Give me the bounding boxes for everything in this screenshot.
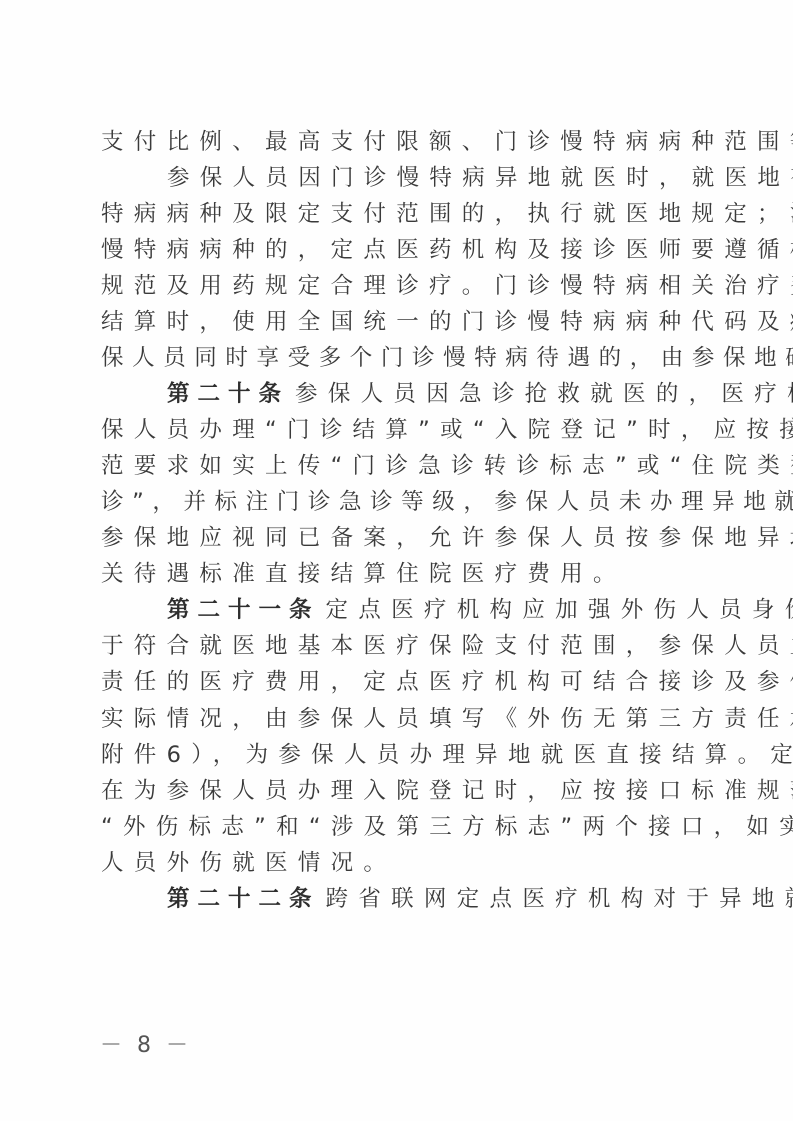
- line-text: “外伤标志”和“涉及第三方标志”两个接口，如实上传参保: [101, 814, 793, 840]
- text-line-article-21: 第二十一条定点医疗机构应加强外伤人员身份认证，对: [101, 592, 693, 628]
- article-number: 第二十条: [167, 381, 289, 407]
- line-text: 定点医疗机构应加强外伤人员身份认证，对: [326, 597, 793, 623]
- text-line: 规范及用药规定合理诊疗。门诊慢特病相关治疗费用跨省直接: [101, 268, 693, 304]
- text-line-article-22: 第二十二条跨省联网定点医疗机构对于异地就医患者住: [101, 881, 693, 917]
- text-line: 诊”，并标注门诊急诊等级，参保人员未办理异地就医备案的，: [101, 484, 693, 520]
- line-text: 结算时，使用全国统一的门诊慢特病病种代码及病种名称。参: [101, 309, 793, 335]
- document-page: 支付比例、最高支付限额、门诊慢特病病种范围等有关政策。 参保人员因门诊慢特病异地…: [0, 0, 793, 1121]
- text-line: “外伤标志”和“涉及第三方标志”两个接口，如实上传参保: [101, 809, 693, 845]
- text-line: 支付比例、最高支付限额、门诊慢特病病种范围等有关政策。: [101, 124, 693, 160]
- document-body: 支付比例、最高支付限额、门诊慢特病病种范围等有关政策。 参保人员因门诊慢特病异地…: [101, 124, 693, 917]
- line-text: 范要求如实上传“门诊急诊转诊标志”或“住院类型”为“急: [101, 453, 793, 479]
- page-number: － 8 －: [100, 1032, 192, 1060]
- text-line: 特病病种及限定支付范围的，执行就医地规定；没有相应门诊: [101, 196, 693, 232]
- line-text: 参保地应视同已备案，允许参保人员按参保地异地急诊抢救相: [101, 525, 793, 551]
- line-text: 规范及用药规定合理诊疗。门诊慢特病相关治疗费用跨省直接: [101, 273, 793, 299]
- text-line: 关待遇标准直接结算住院医疗费用。: [101, 556, 693, 592]
- text-line: 保人员办理“门诊结算”或“入院登记”时，应按接口标准规: [101, 412, 693, 448]
- line-text: 于符合就医地基本医疗保险支付范围，参保人员主诉无第三方: [101, 633, 793, 659]
- text-line: 结算时，使用全国统一的门诊慢特病病种代码及病种名称。参: [101, 304, 693, 340]
- line-text: 诊”，并标注门诊急诊等级，参保人员未办理异地就医备案的，: [101, 489, 793, 515]
- line-text: 关待遇标准直接结算住院医疗费用。: [101, 561, 626, 587]
- text-line: 参保人员因门诊慢特病异地就医时，就医地有相应门诊慢: [101, 160, 693, 196]
- line-text: 责任的医疗费用，定点医疗机构可结合接诊及参保人员病情等: [101, 669, 793, 695]
- article-number: 第二十一条: [167, 597, 320, 623]
- line-text: 支付比例、最高支付限额、门诊慢特病病种范围等有关政策。: [101, 129, 793, 155]
- line-text: 保人员同时享受多个门诊慢特病待遇的，由参保地确定报销规则。: [101, 345, 793, 371]
- line-text: 参保人员因门诊慢特病异地就医时，就医地有相应门诊慢: [167, 165, 793, 191]
- line-text: 跨省联网定点医疗机构对于异地就医患者住: [326, 886, 793, 912]
- line-text: 参保人员因急诊抢救就医的，医疗机构在为参: [295, 381, 793, 407]
- text-line: 范要求如实上传“门诊急诊转诊标志”或“住院类型”为“急: [101, 448, 693, 484]
- text-line: 于符合就医地基本医疗保险支付范围，参保人员主诉无第三方: [101, 628, 693, 664]
- text-line-article-20: 第二十条参保人员因急诊抢救就医的，医疗机构在为参: [101, 376, 693, 412]
- article-number: 第二十二条: [167, 886, 320, 912]
- text-line: 慢特病病种的，定点医药机构及接诊医师要遵循相关病种诊疗: [101, 232, 693, 268]
- line-text: 在为参保人员办理入院登记时，应按接口标准规范要求，通过: [101, 778, 793, 804]
- line-text: 人员外伤就医情况。: [101, 850, 396, 876]
- text-line: 在为参保人员办理入院登记时，应按接口标准规范要求，通过: [101, 773, 693, 809]
- text-line: 附件6），为参保人员办理异地就医直接结算。定点医疗机构: [101, 737, 693, 773]
- text-line: 保人员同时享受多个门诊慢特病待遇的，由参保地确定报销规则。: [101, 340, 693, 376]
- line-text: 保人员办理“门诊结算”或“入院登记”时，应按接口标准规: [101, 417, 793, 443]
- text-line: 参保地应视同已备案，允许参保人员按参保地异地急诊抢救相: [101, 520, 693, 556]
- line-text: 附件6），为参保人员办理异地就医直接结算。定点医疗机构: [101, 742, 793, 768]
- line-text: 特病病种及限定支付范围的，执行就医地规定；没有相应门诊: [101, 201, 793, 227]
- text-line: 人员外伤就医情况。: [101, 845, 693, 881]
- line-text: 慢特病病种的，定点医药机构及接诊医师要遵循相关病种诊疗: [101, 237, 793, 263]
- text-line: 责任的医疗费用，定点医疗机构可结合接诊及参保人员病情等: [101, 664, 693, 700]
- line-text: 实际情况，由参保人员填写《外伤无第三方责任承诺书》（见: [101, 706, 793, 732]
- text-line: 实际情况，由参保人员填写《外伤无第三方责任承诺书》（见: [101, 701, 693, 737]
